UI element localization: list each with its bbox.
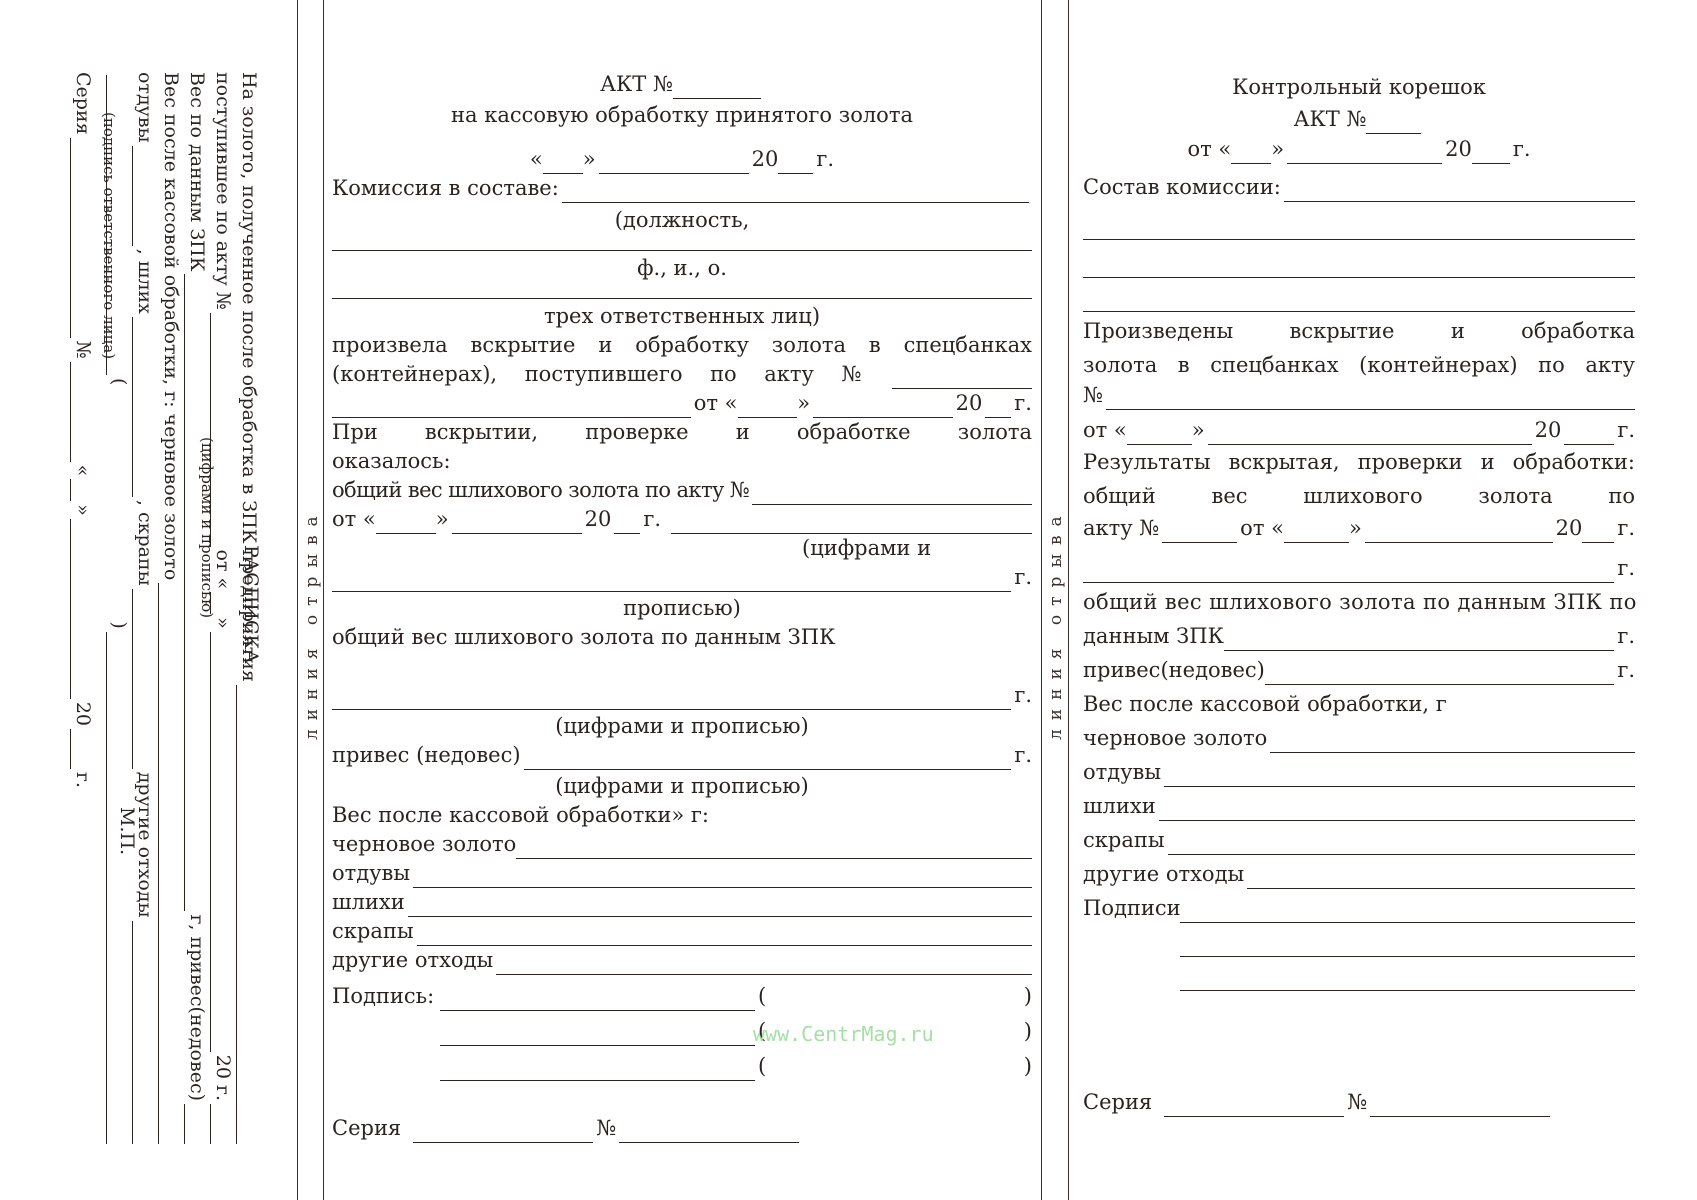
hint: прописью) bbox=[332, 592, 1032, 623]
tear-line-label: линия отрыва bbox=[1046, 507, 1066, 740]
stub-from-row: от « » 20 г. bbox=[1083, 410, 1635, 445]
year-field[interactable] bbox=[778, 151, 813, 174]
word: в bbox=[1178, 351, 1190, 380]
day-field[interactable] bbox=[1284, 520, 1349, 543]
word: вес bbox=[1212, 482, 1248, 511]
stub-overweight-row: привес(недовес) г. bbox=[1083, 651, 1635, 685]
commission-field[interactable] bbox=[332, 228, 1032, 251]
day-field[interactable] bbox=[70, 479, 90, 501]
overweight-field[interactable] bbox=[524, 747, 1012, 770]
item-row: отдувы bbox=[1083, 753, 1635, 787]
year-field[interactable] bbox=[1582, 520, 1614, 543]
overweight-row: привес (недовес) г. bbox=[332, 741, 1032, 770]
stub-performed-2: золотавспецбанках(контейнерах)поакту bbox=[1083, 346, 1635, 380]
act-date: « » 20 г. bbox=[332, 130, 1032, 174]
rough-gold-field[interactable] bbox=[1270, 730, 1635, 753]
total-by-act-row: общий вес шлихового золота по акту № bbox=[332, 476, 1032, 505]
series-row: Серия № bbox=[332, 1081, 1032, 1143]
tear-line-label: линия отрыва bbox=[302, 507, 322, 740]
word: и bbox=[1481, 448, 1495, 477]
turned-out: оказалось: bbox=[332, 447, 1032, 476]
opened-text-2: (контейнерах), поступившего по акту № bbox=[332, 360, 1032, 389]
word: проверки bbox=[1358, 448, 1463, 477]
after-processing: Вес после кассовой обработки» г: bbox=[332, 801, 1032, 830]
hint: (цифрами и прописью) bbox=[332, 710, 1032, 741]
tear-border bbox=[1068, 0, 1069, 1200]
signature-row: ( ) bbox=[332, 1046, 1032, 1081]
word: При bbox=[332, 418, 378, 447]
stub-results-1: Результатывскрытая,проверкииобработки: bbox=[1083, 445, 1635, 477]
act-number-field[interactable] bbox=[1162, 520, 1237, 543]
item-row: черновое золото bbox=[332, 830, 1032, 859]
word: золота bbox=[1083, 351, 1157, 380]
word: обработку bbox=[635, 331, 749, 360]
item-row: отдувы bbox=[332, 859, 1032, 888]
otduvy-field[interactable] bbox=[1164, 764, 1635, 787]
stub-zpk-1: общий вес шлихового золота по данным ЗПК… bbox=[1083, 583, 1635, 617]
other-waste-field[interactable] bbox=[132, 921, 152, 1144]
blank-field[interactable] bbox=[210, 1104, 230, 1144]
receipt-line-4: Вес после кассовой обработки, г: черново… bbox=[158, 72, 184, 1147]
stub-no-row: № bbox=[1083, 380, 1635, 410]
control-stub: Контрольный корешок АКТ № от « » 20 г. С… bbox=[1083, 70, 1635, 1117]
word: вскрытая, bbox=[1229, 448, 1340, 477]
receipt-line-3: Вес по данным ЗПК (цифрами и прописью) г… bbox=[184, 72, 210, 1147]
month-field[interactable] bbox=[70, 519, 90, 699]
skrapy-field[interactable] bbox=[417, 923, 1032, 946]
word: обработка bbox=[1521, 317, 1635, 346]
number-field[interactable] bbox=[619, 1120, 799, 1143]
word: акту bbox=[1585, 351, 1635, 380]
weight-row: г. bbox=[332, 563, 1032, 592]
stub-commission-row: Состав комиссии: bbox=[1083, 164, 1635, 202]
item-row: шлихи bbox=[332, 888, 1032, 917]
number-field[interactable] bbox=[1370, 1094, 1550, 1117]
rough-gold-field[interactable] bbox=[158, 583, 178, 1144]
year-field[interactable] bbox=[614, 511, 640, 534]
commission-field[interactable] bbox=[1083, 255, 1635, 278]
word: и bbox=[736, 418, 750, 447]
commission-row: Комиссия в составе: bbox=[332, 174, 1032, 203]
hint: трех ответственных лиц) bbox=[332, 299, 1032, 331]
year-field[interactable] bbox=[985, 395, 1011, 418]
word: общий bbox=[1083, 482, 1156, 511]
item-row: черновое золото bbox=[1083, 719, 1635, 753]
act-form: АКТ № на кассовую обработку принятого зо… bbox=[332, 68, 1032, 1143]
receipt-line-7: Серия № « » 20 г. bbox=[70, 72, 96, 1147]
item-row: другие отходы bbox=[1083, 855, 1635, 889]
tear-border bbox=[1041, 0, 1042, 1200]
stub-by-act-row: акту № от « » 20 г. bbox=[1083, 511, 1635, 543]
stamp-label: М.П. bbox=[114, 807, 140, 855]
signature-field[interactable] bbox=[440, 988, 755, 1011]
commission-field[interactable] bbox=[332, 276, 1032, 299]
act-title: АКТ № bbox=[332, 68, 1032, 99]
skrapy-field[interactable] bbox=[1168, 832, 1635, 855]
total-by-act-date: от « » 20 г. bbox=[332, 505, 1032, 534]
month-field[interactable] bbox=[1365, 520, 1553, 543]
receipt-line-5: отдувы , шлих , скрапы другие отходы bbox=[132, 72, 158, 1147]
month-field[interactable] bbox=[1287, 141, 1442, 164]
act-number-field[interactable] bbox=[892, 366, 1032, 389]
month-field[interactable] bbox=[599, 151, 749, 174]
word: Произведены bbox=[1083, 317, 1233, 346]
word: произвела bbox=[332, 331, 448, 360]
word: в bbox=[869, 331, 881, 360]
series-field[interactable] bbox=[70, 138, 90, 338]
stub-zpk-2: данным ЗПК г. bbox=[1083, 617, 1635, 651]
stub-performed-1: Произведенывскрытиеиобработка bbox=[1083, 312, 1635, 346]
year-field[interactable] bbox=[70, 729, 90, 769]
word: и bbox=[598, 331, 612, 360]
otduvy-field[interactable] bbox=[413, 865, 1032, 888]
word: по bbox=[1538, 351, 1565, 380]
signature-field[interactable] bbox=[440, 1058, 755, 1081]
commission-field[interactable] bbox=[1284, 179, 1635, 202]
year-field[interactable] bbox=[1564, 422, 1614, 445]
shlikhi-field[interactable] bbox=[408, 894, 1032, 917]
hint: (цифрами и bbox=[332, 534, 1032, 563]
act-subtitle: на кассовую обработку принятого золота bbox=[332, 99, 1032, 130]
weight-field[interactable] bbox=[1083, 560, 1614, 583]
word: золота bbox=[772, 331, 846, 360]
item-row: скрапы bbox=[332, 917, 1032, 946]
word: обработки: bbox=[1513, 448, 1635, 477]
item-row: скрапы bbox=[1083, 821, 1635, 855]
day-field[interactable] bbox=[738, 395, 798, 418]
signature-field[interactable] bbox=[1180, 968, 1635, 991]
stub-act: АКТ № bbox=[1083, 102, 1635, 134]
stub-results-2: общийвесшлиховогозолотапо bbox=[1083, 477, 1635, 511]
receipt-title: РАСПИСКА bbox=[240, 545, 262, 663]
stub-title: Контрольный корешок bbox=[1083, 70, 1635, 102]
other-waste-field[interactable] bbox=[1247, 866, 1635, 889]
rough-gold-field[interactable] bbox=[516, 836, 1032, 859]
otduvy-field[interactable] bbox=[132, 146, 152, 246]
series-field[interactable] bbox=[413, 1120, 593, 1143]
month-field[interactable] bbox=[210, 632, 230, 1052]
shlikhi-field[interactable] bbox=[1159, 798, 1635, 821]
word: шлихового bbox=[1303, 482, 1422, 511]
item-row: шлихи bbox=[1083, 787, 1635, 821]
signatures-row: Подписи bbox=[1083, 889, 1635, 923]
month-field[interactable] bbox=[1208, 422, 1532, 445]
signature-field[interactable] bbox=[440, 1023, 755, 1046]
word: вскрытии, bbox=[425, 418, 538, 447]
tear-border bbox=[323, 0, 324, 1200]
word: обработке bbox=[797, 418, 911, 447]
stub-after-processing: Вес после кассовой обработки, г bbox=[1083, 685, 1635, 719]
other-waste-field[interactable] bbox=[496, 952, 1032, 975]
commission-field[interactable] bbox=[1083, 217, 1635, 240]
act-number-field[interactable] bbox=[1366, 111, 1421, 134]
word: вскрытие bbox=[1290, 317, 1395, 346]
zpk-weight-field[interactable] bbox=[332, 687, 1011, 710]
word: проверке bbox=[585, 418, 688, 447]
from-date-row: от « » 20 г. bbox=[332, 389, 1032, 418]
signature-field[interactable] bbox=[1180, 900, 1635, 923]
item-row: другие отходы bbox=[332, 946, 1032, 975]
blank-field[interactable] bbox=[236, 685, 256, 1144]
month-field[interactable] bbox=[452, 511, 582, 534]
check-text: Привскрытии,проверкеиобработкезолота bbox=[332, 418, 1032, 447]
hint: (подпись ответственного лица) bbox=[102, 112, 116, 359]
watermark: www.CentrMag.ru bbox=[753, 1022, 934, 1046]
opened-text-1: произвелавскрытиеиобработкузолотавспецба… bbox=[332, 331, 1032, 360]
signature-field[interactable] bbox=[1180, 934, 1635, 957]
blank-field[interactable] bbox=[332, 395, 691, 418]
zpk-weight-field[interactable] bbox=[1224, 628, 1614, 651]
word: (контейнерах) bbox=[1359, 351, 1517, 380]
overweight-field[interactable] bbox=[184, 1104, 204, 1144]
weight-field[interactable] bbox=[332, 569, 1011, 592]
hint: (цифрами и прописью) bbox=[200, 437, 214, 618]
day-field[interactable] bbox=[1231, 141, 1271, 164]
day-field[interactable] bbox=[1127, 422, 1192, 445]
shlikh-field[interactable] bbox=[132, 317, 152, 497]
stub-weight-row: г. bbox=[1083, 543, 1635, 583]
month-field[interactable] bbox=[813, 395, 953, 418]
word: золота bbox=[1478, 482, 1552, 511]
word: спецбанках bbox=[1210, 351, 1338, 380]
number-field[interactable] bbox=[70, 362, 90, 462]
word: и bbox=[1451, 317, 1465, 346]
commission-field[interactable] bbox=[1083, 289, 1635, 312]
zpk-weight-row: г. bbox=[332, 652, 1032, 710]
word: Результаты bbox=[1083, 448, 1211, 477]
act-number-field[interactable] bbox=[673, 76, 761, 99]
day-field[interactable] bbox=[543, 151, 583, 174]
day-field[interactable] bbox=[376, 511, 436, 534]
receipt-line-6: ( ) (подпись ответственного лица) М.П. bbox=[106, 72, 132, 1147]
weight-field[interactable] bbox=[671, 511, 1032, 534]
name-field[interactable] bbox=[106, 632, 126, 1144]
word: вскрытие bbox=[471, 331, 576, 360]
total-by-zpk: общий вес шлихового золота по данным ЗПК bbox=[332, 623, 1032, 652]
signature-row: Подпись: ( ) bbox=[332, 975, 1032, 1011]
series-field[interactable] bbox=[1164, 1094, 1344, 1117]
year-field[interactable] bbox=[1472, 141, 1510, 164]
act-number-field[interactable] bbox=[1106, 387, 1635, 410]
act-number-field[interactable] bbox=[752, 482, 1032, 505]
hint: (цифрами и прописью) bbox=[332, 770, 1032, 801]
word: золота bbox=[958, 418, 1032, 447]
overweight-field[interactable] bbox=[1265, 662, 1614, 685]
skrapy-field[interactable] bbox=[132, 589, 152, 769]
word: по bbox=[1608, 482, 1635, 511]
commission-field[interactable] bbox=[562, 180, 1029, 203]
receipt-stub: На золото, полученное после обработка в … bbox=[70, 72, 262, 1147]
stub-series-row: Серия № bbox=[1083, 991, 1635, 1117]
word: спецбанках bbox=[904, 331, 1032, 360]
stub-date: от « » 20 г. bbox=[1083, 134, 1635, 164]
tear-border bbox=[297, 0, 298, 1200]
